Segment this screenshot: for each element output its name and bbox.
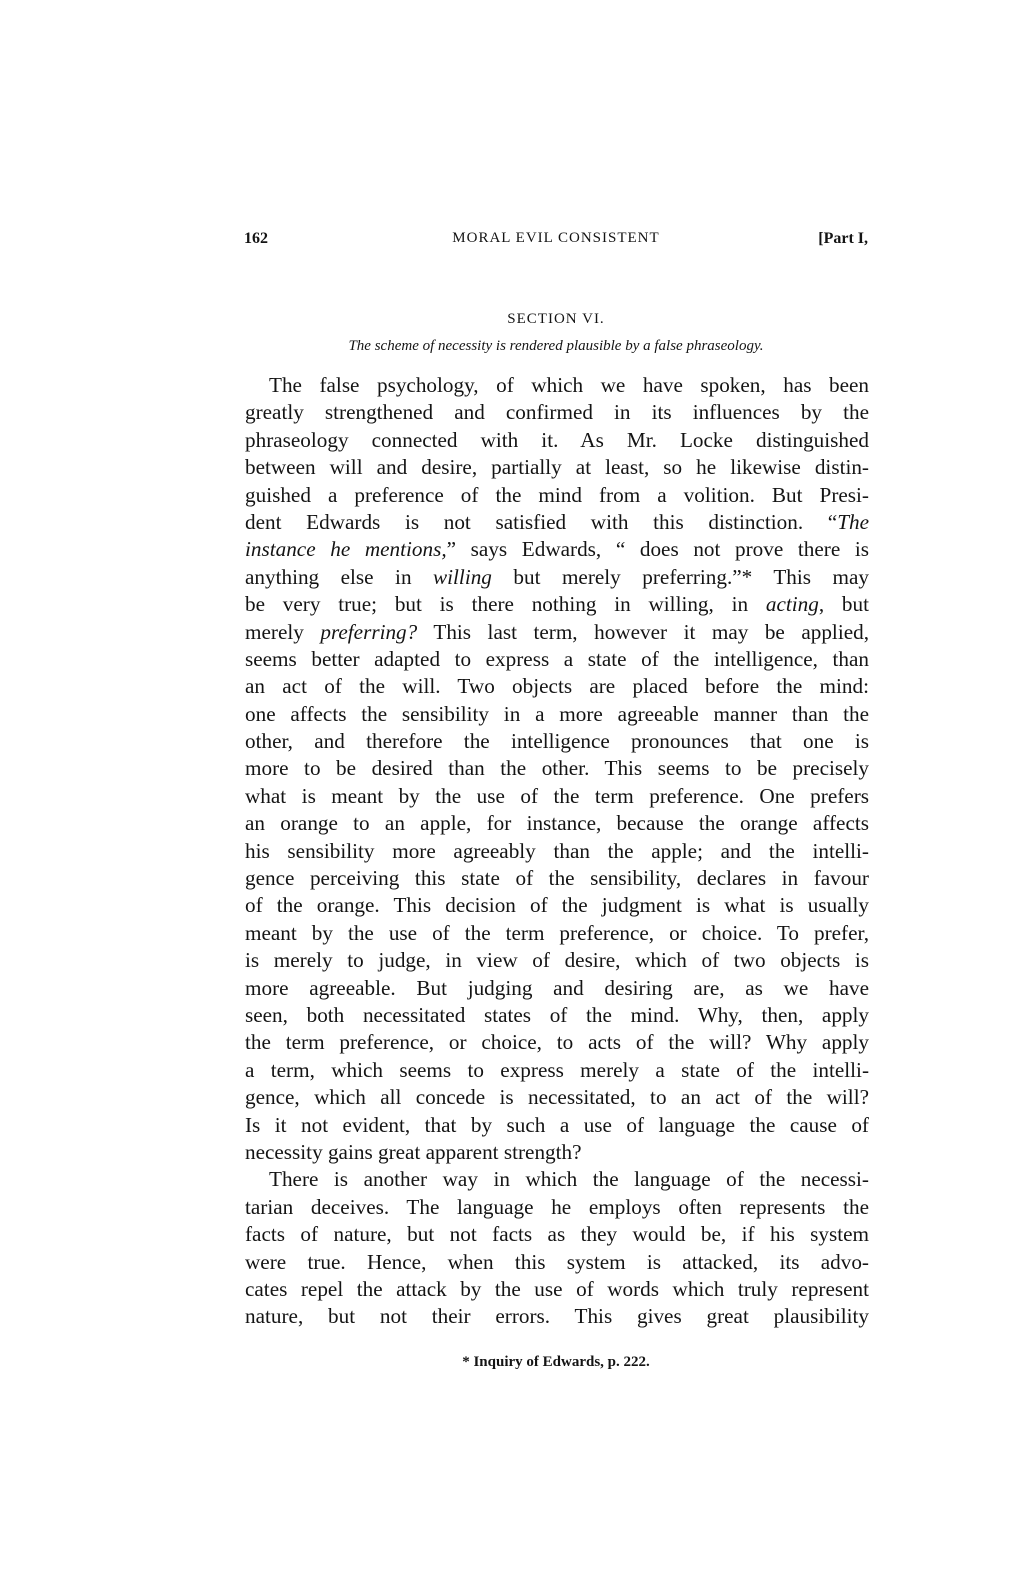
text-line: merely preferring? This last term, howev…: [245, 619, 869, 646]
text-line: other, and therefore the intelligence pr…: [245, 728, 869, 755]
text-line: is merely to judge, in view of desire, w…: [245, 947, 869, 974]
part-label: [Part I,: [818, 230, 868, 248]
running-header: 162 MORAL EVIL CONSISTENT [Part I,: [244, 230, 868, 254]
italic-text: The: [837, 510, 869, 534]
text-line: The false psychology, of which we have s…: [245, 372, 869, 399]
section-heading: SECTION VI.: [244, 311, 868, 328]
text-line: were true. Hence, when this system is at…: [245, 1249, 869, 1276]
text-line: what is meant by the use of the term pre…: [245, 783, 869, 810]
text-line: greatly strengthened and confirmed in it…: [245, 399, 869, 426]
italic-text: acting: [766, 592, 819, 616]
text-line: dent Edwards is not satisfied with this …: [245, 509, 869, 536]
text-line: more to be desired than the other. This …: [245, 755, 869, 782]
text-line: phraseology connected with it. As Mr. Lo…: [245, 427, 869, 454]
text-line: nature, but not their errors. This gives…: [245, 1303, 869, 1330]
text-line: meant by the use of the term preference,…: [245, 920, 869, 947]
text-line: a term, which seems to express merely a …: [245, 1057, 869, 1084]
text-line: cates repel the attack by the use of wor…: [245, 1276, 869, 1303]
text-line: gence perceiving this state of the sensi…: [245, 865, 869, 892]
text-line: Is it not evident, that by such a use of…: [245, 1112, 869, 1139]
text-line: one affects the sensibility in a more ag…: [245, 701, 869, 728]
italic-text: willing: [433, 565, 492, 589]
text-line: an act of the will. Two objects are plac…: [245, 673, 869, 700]
text-line: tarian deceives. The language he employs…: [245, 1194, 869, 1221]
footnote: * Inquiry of Edwards, p. 222.: [244, 1354, 868, 1371]
text-line: anything else in willing but merely pref…: [245, 564, 869, 591]
text-line: be very true; but is there nothing in wi…: [245, 591, 869, 618]
text-line: an orange to an apple, for instance, bec…: [245, 810, 869, 837]
text-line: gence, which all concede is necessitated…: [245, 1084, 869, 1111]
text-line: between will and desire, partially at le…: [245, 454, 869, 481]
text-line: necessity gains great apparent strength?: [245, 1139, 869, 1166]
body-text: The false psychology, of which we have s…: [245, 372, 869, 1331]
text-line: his sensibility more agreeably than the …: [245, 838, 869, 865]
text-line: the term preference, or choice, to acts …: [245, 1029, 869, 1056]
italic-text: instance he mentions,: [245, 537, 447, 561]
text-line: facts of nature, but not facts as they w…: [245, 1221, 869, 1248]
section-subtitle: The scheme of necessity is rendered plau…: [244, 338, 868, 355]
italic-text: preferring?: [320, 620, 417, 644]
text-line: more agreeable. But judging and desiring…: [245, 975, 869, 1002]
text-line: seen, both necessitated states of the mi…: [245, 1002, 869, 1029]
text-line: of the orange. This decision of the judg…: [245, 892, 869, 919]
text-line: There is another way in which the langua…: [245, 1166, 869, 1193]
running-title: MORAL EVIL CONSISTENT: [244, 230, 868, 247]
text-line: seems better adapted to express a state …: [245, 646, 869, 673]
book-page: 162 MORAL EVIL CONSISTENT [Part I, SECTI…: [0, 0, 1011, 1580]
text-line: instance he mentions,” says Edwards, “ d…: [245, 536, 869, 563]
text-line: guished a preference of the mind from a …: [245, 482, 869, 509]
